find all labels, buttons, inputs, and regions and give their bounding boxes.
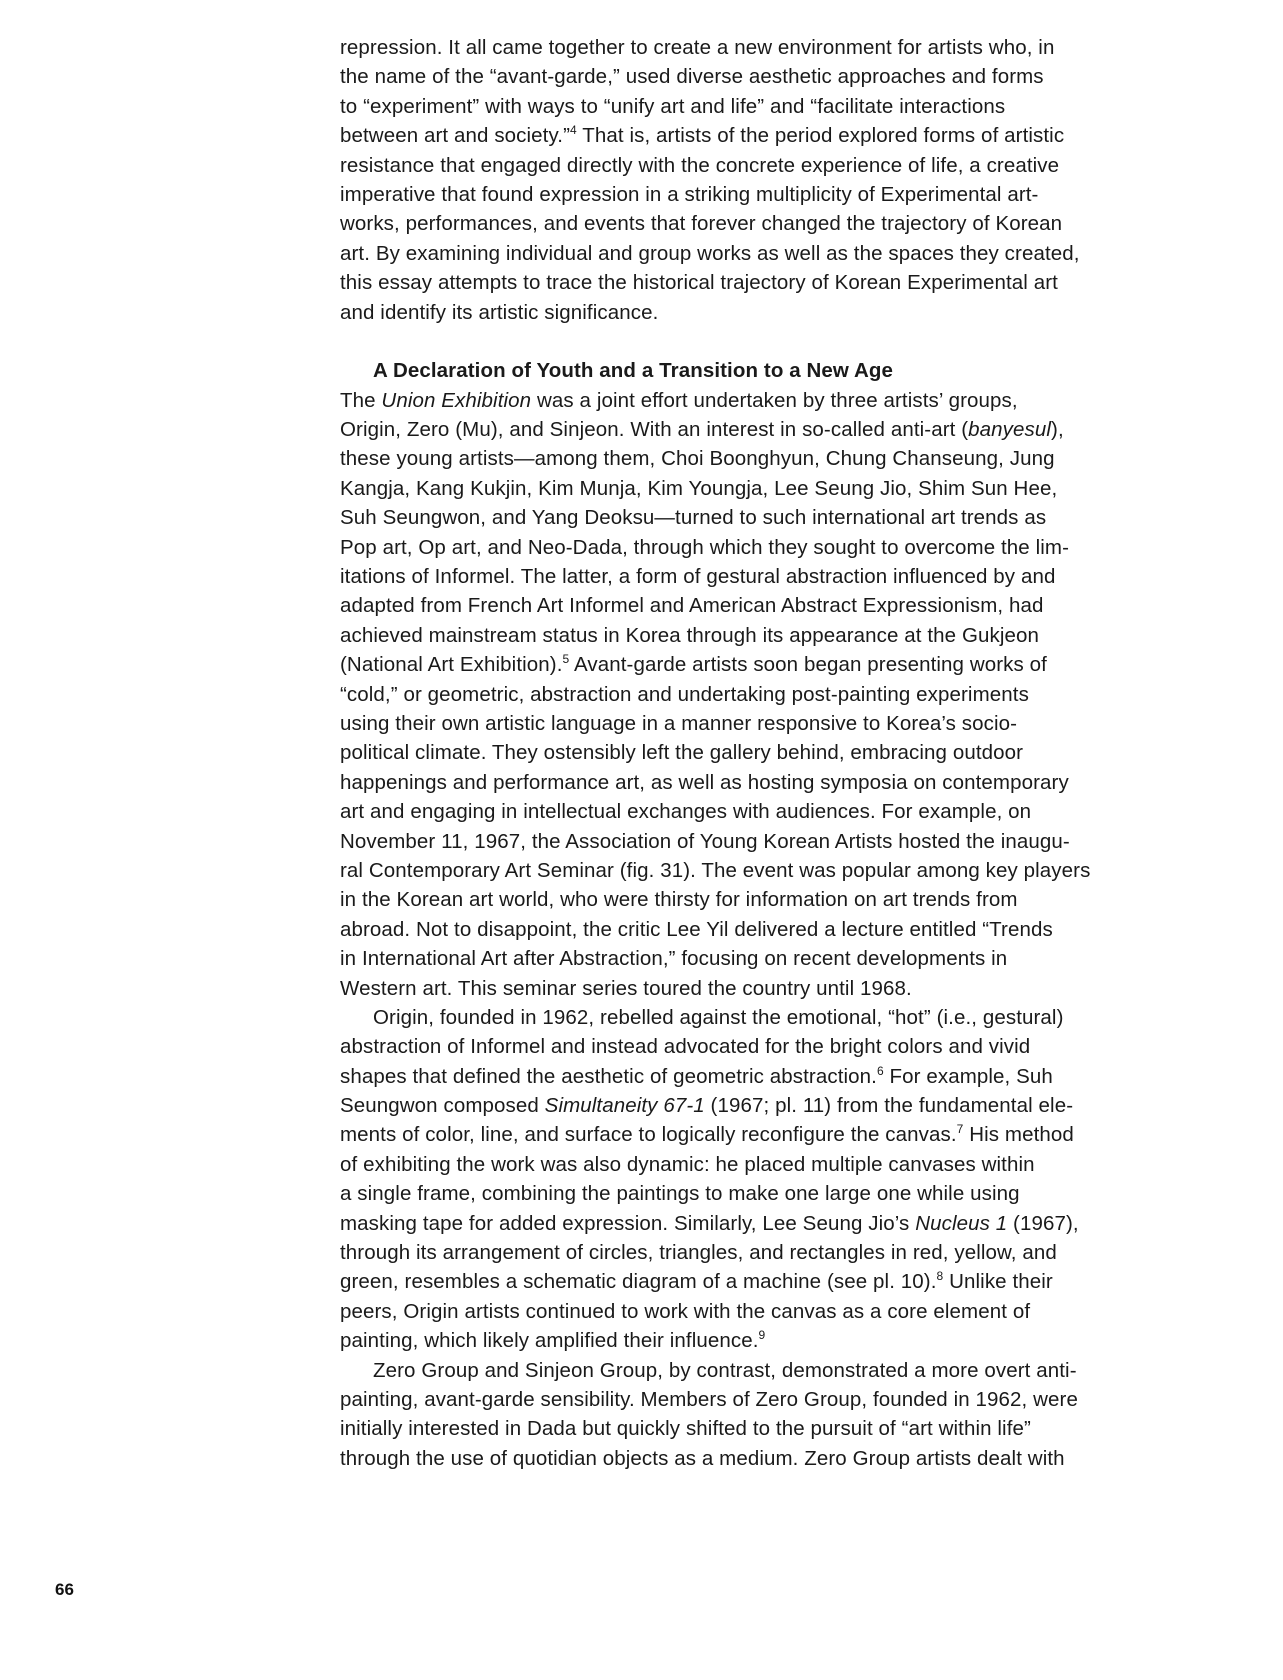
text-line: imperative that found expression in a st… xyxy=(340,180,1160,209)
text-line: Zero Group and Sinjeon Group, by contras… xyxy=(340,1356,1160,1385)
section-heading: A Declaration of Youth and a Transition … xyxy=(340,356,1160,385)
text-line: the name of the “avant-garde,” used dive… xyxy=(340,62,1160,91)
footnote-ref[interactable]: 9 xyxy=(759,1328,766,1342)
text-line: these young artists—among them, Choi Boo… xyxy=(340,444,1160,473)
text-line: green, resembles a schematic diagram of … xyxy=(340,1267,1160,1296)
text-line: Suh Seungwon, and Yang Deoksu—turned to … xyxy=(340,503,1160,532)
text-line: achieved mainstream status in Korea thro… xyxy=(340,621,1160,650)
text-line: shapes that defined the aesthetic of geo… xyxy=(340,1062,1160,1091)
text-line: this essay attempts to trace the histori… xyxy=(340,268,1160,297)
footnote-ref[interactable]: 7 xyxy=(957,1122,964,1136)
footnote-ref[interactable]: 6 xyxy=(877,1064,884,1078)
italic-title: Simultaneity 67-1 xyxy=(545,1094,705,1117)
text-line: (National Art Exhibition).5 Avant-garde … xyxy=(340,650,1160,679)
text-line: painting, which likely amplified their i… xyxy=(340,1326,1160,1355)
footnote-ref[interactable]: 5 xyxy=(563,652,570,666)
section-body: The Union Exhibition was a joint effort … xyxy=(340,386,1160,1473)
text-line: using their own artistic language in a m… xyxy=(340,709,1160,738)
text-line: Pop art, Op art, and Neo-Dada, through w… xyxy=(340,533,1160,562)
text-line: Origin, founded in 1962, rebelled agains… xyxy=(340,1003,1160,1032)
text-line: between art and society.”4 That is, arti… xyxy=(340,121,1160,150)
paragraph-gap xyxy=(340,327,1160,356)
text-line: ments of color, line, and surface to log… xyxy=(340,1120,1160,1149)
text-line: a single frame, combining the paintings … xyxy=(340,1179,1160,1208)
footnote-ref[interactable]: 8 xyxy=(937,1269,944,1283)
text-line: through the use of quotidian objects as … xyxy=(340,1444,1160,1473)
body-text-column: repression. It all came together to crea… xyxy=(340,33,1160,1473)
text-line: peers, Origin artists continued to work … xyxy=(340,1297,1160,1326)
paragraph: Zero Group and Sinjeon Group, by contras… xyxy=(340,1356,1160,1474)
text-line: adapted from French Art Informel and Ame… xyxy=(340,591,1160,620)
text-line: ral Contemporary Art Seminar (fig. 31). … xyxy=(340,856,1160,885)
paragraph: The Union Exhibition was a joint effort … xyxy=(340,386,1160,1003)
text-line: painting, avant-garde sensibility. Membe… xyxy=(340,1385,1160,1414)
text-line: Kangja, Kang Kukjin, Kim Munja, Kim Youn… xyxy=(340,474,1160,503)
text-line: works, performances, and events that for… xyxy=(340,209,1160,238)
text-line: initially interested in Dada but quickly… xyxy=(340,1414,1160,1443)
text-line: art and engaging in intellectual exchang… xyxy=(340,797,1160,826)
text-line: November 11, 1967, the Association of Yo… xyxy=(340,827,1160,856)
text-line: repression. It all came together to crea… xyxy=(340,33,1160,62)
text-line: resistance that engaged directly with th… xyxy=(340,151,1160,180)
text-line: happenings and performance art, as well … xyxy=(340,768,1160,797)
paragraph: Origin, founded in 1962, rebelled agains… xyxy=(340,1003,1160,1356)
text-line: Origin, Zero (Mu), and Sinjeon. With an … xyxy=(340,415,1160,444)
text-line: and identify its artistic significance. xyxy=(340,298,1160,327)
text-line: The Union Exhibition was a joint effort … xyxy=(340,386,1160,415)
text-line: to “experiment” with ways to “unify art … xyxy=(340,92,1160,121)
text-line: “cold,” or geometric, abstraction and un… xyxy=(340,680,1160,709)
text-line: abroad. Not to disappoint, the critic Le… xyxy=(340,915,1160,944)
footnote-ref[interactable]: 4 xyxy=(570,123,577,137)
text-line: art. By examining individual and group w… xyxy=(340,239,1160,268)
text-line: abstraction of Informel and instead advo… xyxy=(340,1032,1160,1061)
text-line: itations of Informel. The latter, a form… xyxy=(340,562,1160,591)
text-line: through its arrangement of circles, tria… xyxy=(340,1238,1160,1267)
italic-title: Nucleus 1 xyxy=(915,1212,1007,1235)
intro-paragraph: repression. It all came together to crea… xyxy=(340,33,1160,327)
text-line: in the Korean art world, who were thirst… xyxy=(340,885,1160,914)
text-line: masking tape for added expression. Simil… xyxy=(340,1209,1160,1238)
text-line: political climate. They ostensibly left … xyxy=(340,738,1160,767)
text-line: Western art. This seminar series toured … xyxy=(340,974,1160,1003)
italic-title: Union Exhibition xyxy=(381,389,531,412)
text-line: in International Art after Abstraction,”… xyxy=(340,944,1160,973)
italic-title: banyesul xyxy=(968,418,1051,441)
text-line: Seungwon composed Simultaneity 67-1 (196… xyxy=(340,1091,1160,1120)
page-number: 66 xyxy=(55,1580,74,1600)
text-line: of exhibiting the work was also dynamic:… xyxy=(340,1150,1160,1179)
